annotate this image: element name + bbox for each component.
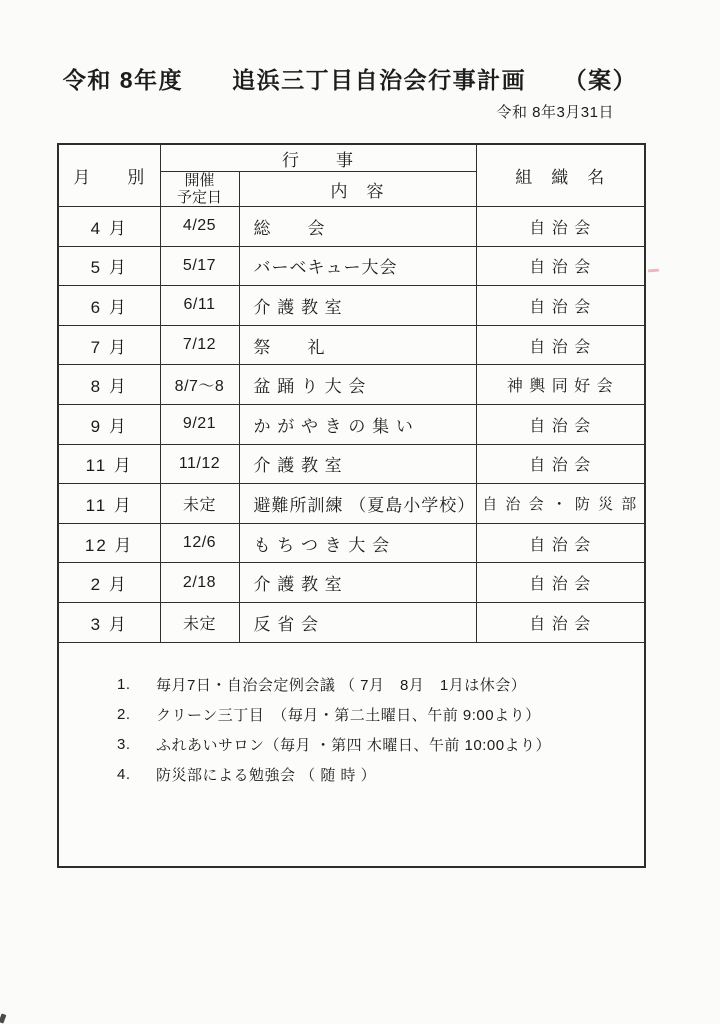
content-cell: 反 省 会 bbox=[239, 602, 476, 641]
note-number: 1. bbox=[117, 676, 156, 693]
content-cell: か が や き の 集 い bbox=[239, 404, 476, 444]
scan-artifact-pink-mark bbox=[648, 269, 659, 273]
col-header-content: 内 容 bbox=[239, 172, 476, 207]
organization-cell: 自 治 会 bbox=[476, 404, 644, 444]
scanned-document-page: 令和 8年度 追浜三丁目自治会行事計画 （案） 令和 8年3月31日 月 別 行… bbox=[0, 0, 720, 1024]
col-header-month: 月 別 bbox=[59, 145, 160, 207]
organization-cell: 自 治 会 bbox=[476, 207, 644, 247]
notes-section: 1. 毎月7日・自治会定例会議 （ 7月 8月 1月は休会） 2. クリーン三丁… bbox=[59, 642, 644, 866]
schedule-table: 月 別 行 事 組 織 名 開催 予定日 内 容 4 月 4/25 総 会 bbox=[59, 145, 644, 642]
month-cell: 2 月 bbox=[59, 563, 160, 603]
note-line: 4. 防災部による勉強会 （ 随 時 ） bbox=[59, 760, 644, 790]
organization-cell: 自 治 会 bbox=[476, 444, 644, 484]
organization-cell: 自 治 会 bbox=[476, 286, 644, 326]
schedule-box: 月 別 行 事 組 織 名 開催 予定日 内 容 4 月 4/25 総 会 bbox=[57, 143, 646, 868]
date-cell: 7/12 bbox=[160, 325, 239, 365]
schedule-row: 7 月 7/12 祭 礼 自 治 会 bbox=[59, 325, 644, 365]
schedule-row: 12 月 12/6 も ち つ き 大 会 自 治 会 bbox=[59, 523, 644, 563]
scan-artifact-corner-speck bbox=[0, 1013, 6, 1023]
content-cell: も ち つ き 大 会 bbox=[239, 523, 476, 563]
schedule-row: 2 月 2/18 介 護 教 室 自 治 会 bbox=[59, 563, 644, 603]
content-cell: 盆 踊 り 大 会 bbox=[239, 365, 476, 405]
month-cell: 5 月 bbox=[59, 246, 160, 286]
note-text: 防災部による勉強会 （ 随 時 ） bbox=[156, 764, 376, 785]
content-cell: 介 護 教 室 bbox=[239, 286, 476, 326]
document-date: 令和 8年3月31日 bbox=[0, 101, 614, 122]
date-cell: 2/18 bbox=[160, 563, 239, 603]
schedule-row: 6 月 6/11 介 護 教 室 自 治 会 bbox=[59, 286, 644, 326]
note-text: ふれあいサロン（毎月 ・第四 木曜日、午前 10:00より） bbox=[156, 734, 551, 755]
date-cell: 6/11 bbox=[160, 286, 239, 326]
organization-cell: 自 治 会 ・ 防 災 部 bbox=[476, 484, 644, 524]
month-cell: 12 月 bbox=[59, 523, 160, 563]
content-cell: 避難所訓練 （夏島小学校） bbox=[239, 484, 476, 524]
col-header-organization: 組 織 名 bbox=[476, 145, 644, 207]
col-header-scheduled-date: 開催 予定日 bbox=[160, 172, 239, 207]
note-line: 3. ふれあいサロン（毎月 ・第四 木曜日、午前 10:00より） bbox=[59, 730, 644, 760]
date-cell: 未定 bbox=[160, 484, 239, 524]
col-header-scheduled-date-line2: 予定日 bbox=[161, 189, 239, 206]
header-row-1: 月 別 行 事 組 織 名 bbox=[59, 145, 644, 172]
date-cell: 12/6 bbox=[160, 523, 239, 563]
note-line: 1. 毎月7日・自治会定例会議 （ 7月 8月 1月は休会） bbox=[59, 670, 644, 700]
month-cell: 8 月 bbox=[59, 365, 160, 405]
document-title: 令和 8年度 追浜三丁目自治会行事計画 （案） bbox=[0, 62, 700, 95]
schedule-row: 11 月 未定 避難所訓練 （夏島小学校） 自 治 会 ・ 防 災 部 bbox=[59, 484, 644, 524]
date-cell: 未定 bbox=[160, 602, 239, 641]
month-cell: 11 月 bbox=[59, 444, 160, 484]
content-cell: 介 護 教 室 bbox=[239, 444, 476, 484]
date-cell: 9/21 bbox=[160, 404, 239, 444]
schedule-row: 5 月 5/17 バーベキュー大会 自 治 会 bbox=[59, 246, 644, 286]
organization-cell: 自 治 会 bbox=[476, 523, 644, 563]
date-cell: 5/17 bbox=[160, 246, 239, 286]
schedule-row: 8 月 8/7～8 盆 踊 り 大 会 神 輿 同 好 会 bbox=[59, 365, 644, 405]
month-cell: 7 月 bbox=[59, 325, 160, 365]
note-line: 2. クリーン三丁目 （毎月・第二土曜日、午前 9:00より） bbox=[59, 700, 644, 730]
col-header-scheduled-date-line1: 開催 bbox=[161, 172, 239, 189]
schedule-row: 3 月 未定 反 省 会 自 治 会 bbox=[59, 602, 644, 641]
content-cell: 祭 礼 bbox=[239, 325, 476, 365]
content-cell: 介 護 教 室 bbox=[239, 563, 476, 603]
note-text: 毎月7日・自治会定例会議 （ 7月 8月 1月は休会） bbox=[156, 674, 526, 695]
month-cell: 11 月 bbox=[59, 484, 160, 524]
date-cell: 4/25 bbox=[160, 207, 239, 247]
note-number: 2. bbox=[117, 706, 156, 723]
note-number: 3. bbox=[117, 736, 156, 753]
col-header-event: 行 事 bbox=[160, 145, 476, 172]
date-cell: 11/12 bbox=[160, 444, 239, 484]
organization-cell: 自 治 会 bbox=[476, 602, 644, 641]
schedule-row: 9 月 9/21 か が や き の 集 い 自 治 会 bbox=[59, 404, 644, 444]
schedule-row: 4 月 4/25 総 会 自 治 会 bbox=[59, 207, 644, 247]
content-cell: バーベキュー大会 bbox=[239, 246, 476, 286]
note-text: クリーン三丁目 （毎月・第二土曜日、午前 9:00より） bbox=[156, 704, 541, 725]
month-cell: 9 月 bbox=[59, 404, 160, 444]
date-cell: 8/7～8 bbox=[160, 365, 239, 405]
note-number: 4. bbox=[117, 766, 156, 783]
month-cell: 6 月 bbox=[59, 286, 160, 326]
content-cell: 総 会 bbox=[239, 207, 476, 247]
organization-cell: 自 治 会 bbox=[476, 563, 644, 603]
month-cell: 3 月 bbox=[59, 602, 160, 641]
organization-cell: 自 治 会 bbox=[476, 325, 644, 365]
month-cell: 4 月 bbox=[59, 207, 160, 247]
organization-cell: 自 治 会 bbox=[476, 246, 644, 286]
schedule-row: 11 月 11/12 介 護 教 室 自 治 会 bbox=[59, 444, 644, 484]
organization-cell: 神 輿 同 好 会 bbox=[476, 365, 644, 405]
